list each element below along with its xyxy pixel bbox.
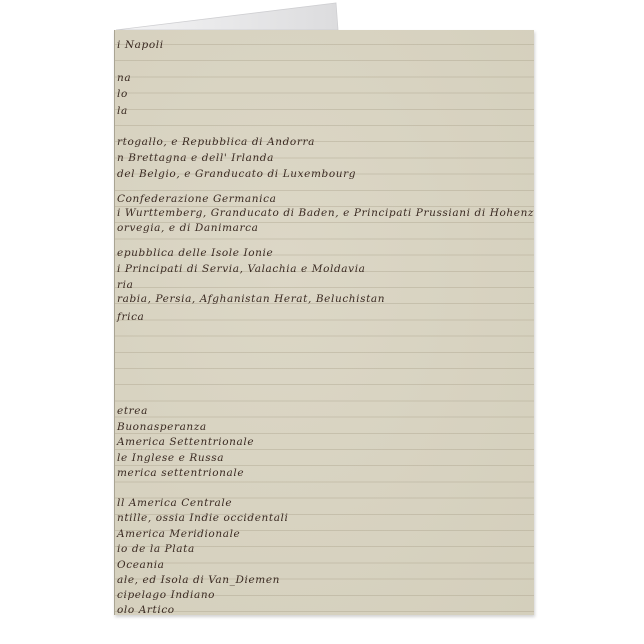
handwritten-line: la xyxy=(117,104,128,118)
handwritten-line: del Belgio, e Granducato di Luxembourg xyxy=(117,167,356,181)
handwritten-line: cipelago Indiano xyxy=(117,588,215,602)
handwritten-line: etrea xyxy=(117,404,148,418)
handwritten-line: ntille, ossia Indie occidentali xyxy=(117,511,288,525)
handwritten-line: i Principati di Servia, Valachia e Molda… xyxy=(117,262,366,276)
handwritten-line: rabia, Persia, Afghanistan Herat, Beluch… xyxy=(117,292,385,306)
handwritten-line: i Wurttemberg, Granducato di Baden, e Pr… xyxy=(117,206,534,220)
handwritten-line: na xyxy=(117,71,131,85)
handwritten-line: le Inglese e Russa xyxy=(117,451,224,465)
handwritten-line: ria xyxy=(117,278,133,292)
handwritten-line: orvegia, e di Danimarca xyxy=(117,221,258,235)
handwritten-line: lo xyxy=(117,87,128,101)
handwritten-line: Confederazione Germanica xyxy=(117,192,276,206)
handwritten-line: ll America Centrale xyxy=(117,496,232,510)
handwritten-line: America Meridionale xyxy=(117,527,240,541)
handwritten-line: Buonasperanza xyxy=(117,420,207,434)
handwritten-line: rtogallo, e Repubblica di Andorra xyxy=(117,135,315,149)
handwritten-line: epubblica delle Isole Ionie xyxy=(117,246,273,260)
handwritten-line: io de la Plata xyxy=(117,542,195,556)
handwritten-line: ale, ed Isola di Van_Diemen xyxy=(117,573,280,587)
handwritten-line: merica settentrionale xyxy=(117,466,244,480)
handwritten-line: Oceania xyxy=(117,558,165,572)
handwritten-line: n Brettagna e dell' Irlanda xyxy=(117,151,274,165)
handwritten-line: olo Artico xyxy=(117,603,175,615)
handwritten-line: frica xyxy=(117,310,144,324)
greeting-card-front: i Napolinalolartogallo, e Repubblica di … xyxy=(114,30,534,615)
handwritten-line: America Settentrionale xyxy=(117,435,254,449)
handwritten-line: i Napoli xyxy=(117,38,164,52)
